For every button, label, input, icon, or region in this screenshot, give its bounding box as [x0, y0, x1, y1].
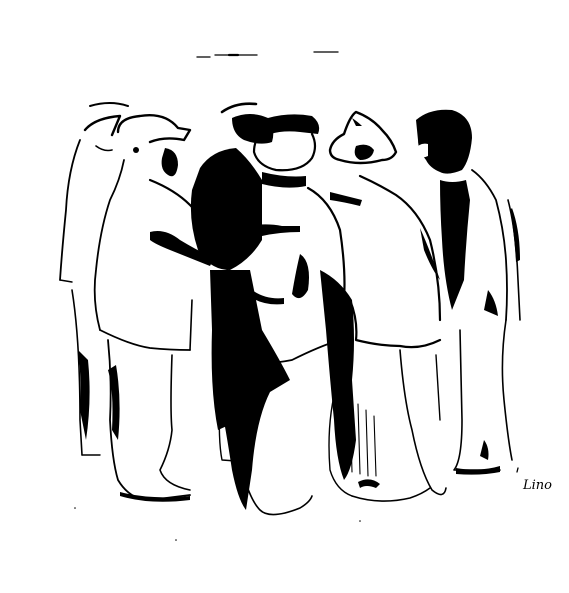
signature-text: Lino: [522, 478, 552, 493]
ink-drawing: Lino: [0, 0, 569, 593]
